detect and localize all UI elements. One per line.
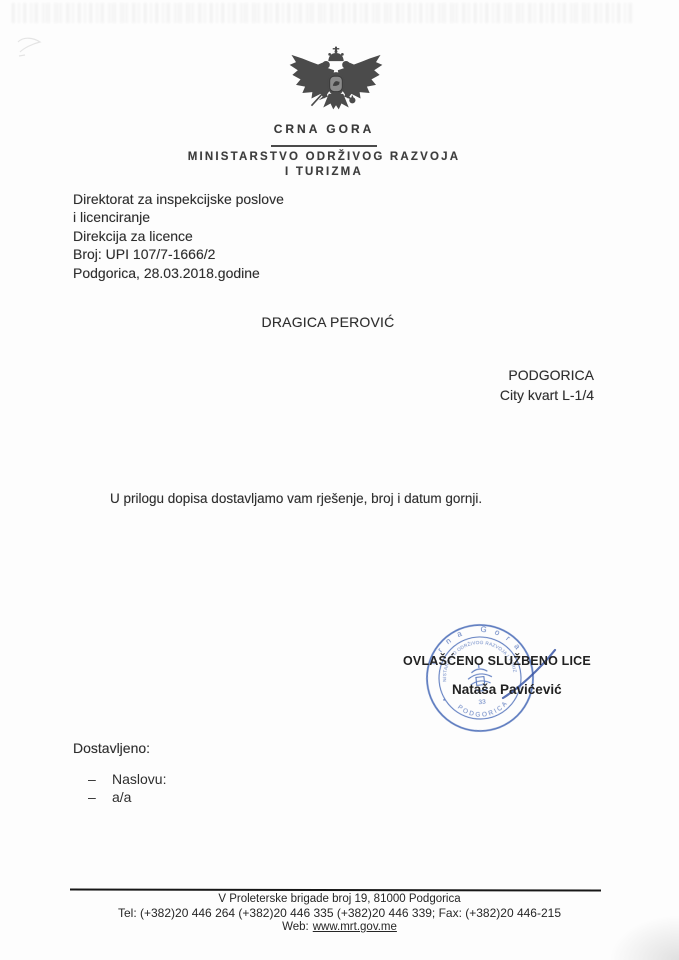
sender-direction: Direkcija za licence [73, 227, 284, 245]
stamp-number: 33 [478, 699, 486, 707]
signatory-title: OVLAŠĆENO SLUŽBENO LICE [403, 654, 591, 668]
list-dash: – [88, 789, 112, 805]
pencil-smudge [14, 34, 48, 60]
distribution-item-label: Naslovu: [112, 771, 166, 787]
footer-web-label: Web: [282, 921, 309, 933]
distribution-item: – a/a [88, 789, 131, 805]
recipient-street: City kvart L-1/4 [500, 385, 594, 405]
scanned-letter-page: CRNA GORA MINISTARSTVO ODRŽIVOG RAZVOJA … [0, 0, 679, 960]
distribution-item-label: a/a [112, 789, 131, 805]
recipient-name: DRAGICA PEROVIĆ [0, 314, 656, 330]
body-paragraph: U prilogu dopisa dostavljamo vam rješenj… [110, 491, 482, 506]
list-dash: – [88, 771, 112, 787]
header-divider [271, 145, 377, 147]
header-ministry-line1: MINISTARSTVO ODRŽIVOG RAZVOJA [0, 151, 648, 163]
footer-address: V Proleterske brigade broj 19, 81000 Pod… [0, 893, 679, 905]
recipient-address: PODGORICA City kvart L-1/4 [500, 365, 594, 405]
distribution-label: Dostavljeno: [73, 740, 150, 756]
scan-bleed-artifact [12, 3, 632, 23]
distribution-item: – Naslovu: [88, 771, 166, 787]
sender-block: Direktorat za inspekcijske poslove i lic… [73, 190, 284, 282]
header-country: CRNA GORA [0, 122, 648, 136]
recipient-city: PODGORICA [500, 365, 594, 385]
sender-directorate: Direktorat za inspekcijske poslove [73, 190, 284, 208]
footer-divider [70, 888, 601, 891]
footer-phones: Tel: (+382)20 446 264 (+382)20 446 335 (… [0, 906, 679, 920]
sender-directorate-cont: i licenciranje [73, 208, 284, 226]
header-ministry-line2: I TURIZMA [0, 166, 648, 178]
footer-web-link[interactable]: www.mrt.gov.me [313, 921, 397, 933]
scan-corner-shadow [609, 915, 679, 960]
montenegro-coat-of-arms-icon [286, 44, 386, 122]
sender-case-number: Broj: UPI 107/7-1666/2 [73, 245, 284, 263]
footer: V Proleterske brigade broj 19, 81000 Pod… [0, 893, 679, 933]
signatory-name: Nataša Pavićević [452, 682, 562, 697]
footer-web: Web:www.mrt.gov.me [0, 921, 679, 933]
sender-place-date: Podgorica, 28.03.2018.godine [73, 264, 284, 282]
